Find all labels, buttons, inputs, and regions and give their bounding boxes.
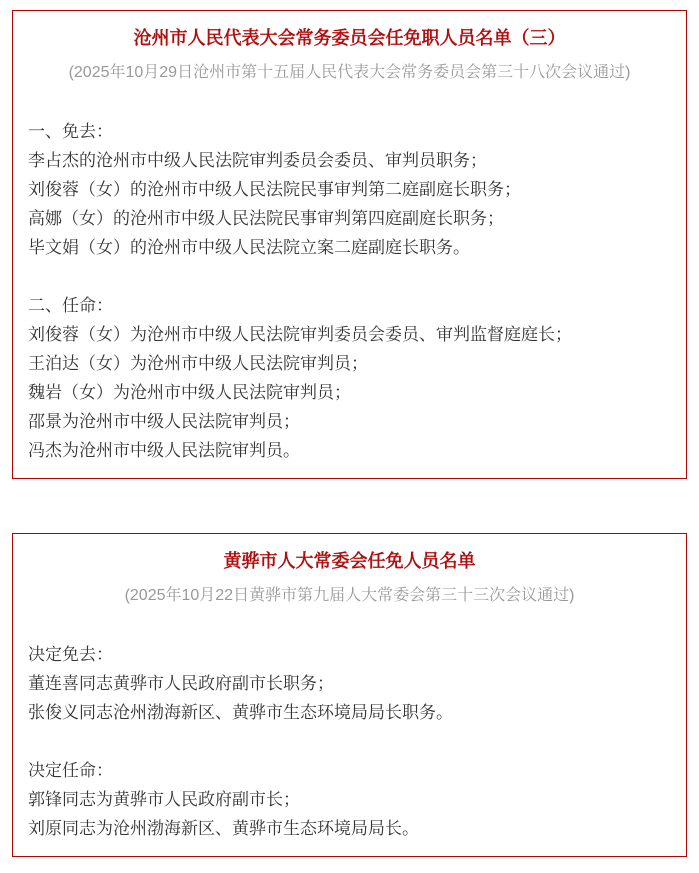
notice-line: 董连喜同志黄骅市人民政府副市长职务； — [28, 669, 671, 698]
notice-line: 刘俊蓉（女）为沧州市中级人民法院审判委员会委员、审判监督庭庭长； — [28, 320, 671, 349]
notice-line: 高娜（女）的沧州市中级人民法院民事审判第四庭副庭长职务； — [28, 204, 671, 233]
section-dismissals: 一、免去： 李占杰的沧州市中级人民法院审判委员会委员、审判员职务； 刘俊蓉（女）… — [28, 117, 671, 262]
section-heading: 决定任命： — [28, 756, 671, 785]
notice-card-cangzhou: 沧州市人民代表大会常务委员会任免职人员名单（三） (2025年10月29日沧州市… — [12, 10, 687, 479]
notice-line: 李占杰的沧州市中级人民法院审判委员会委员、审判员职务； — [28, 146, 671, 175]
notice-card-huanghua: 黄骅市人大常委会任免人员名单 (2025年10月22日黄骅市第九届人大常委会第三… — [12, 533, 687, 857]
section-appointments: 决定任命： 郭锋同志为黄骅市人民政府副市长； 刘原同志为沧州渤海新区、黄骅市生态… — [28, 756, 671, 843]
notice-line: 邵景为沧州市中级人民法院审判员； — [28, 407, 671, 436]
notice-title: 沧州市人民代表大会常务委员会任免职人员名单（三） — [28, 23, 671, 51]
page: 沧州市人民代表大会常务委员会任免职人员名单（三） (2025年10月29日沧州市… — [0, 0, 699, 873]
section-appointments: 二、任命： 刘俊蓉（女）为沧州市中级人民法院审判委员会委员、审判监督庭庭长； 王… — [28, 291, 671, 465]
notice-subtitle: (2025年10月22日黄骅市第九届人大常委会第三十三次会议通过) — [28, 584, 671, 608]
notice-line: 冯杰为沧州市中级人民法院审判员。 — [28, 436, 671, 465]
section-heading: 一、免去： — [28, 117, 671, 146]
section-dismissals: 决定免去： 董连喜同志黄骅市人民政府副市长职务； 张俊义同志沧州渤海新区、黄骅市… — [28, 640, 671, 727]
section-heading: 二、任命： — [28, 291, 671, 320]
notice-body: 一、免去： 李占杰的沧州市中级人民法院审判委员会委员、审判员职务； 刘俊蓉（女）… — [28, 117, 671, 465]
notice-line: 魏岩（女）为沧州市中级人民法院审判员； — [28, 378, 671, 407]
notice-subtitle: (2025年10月29日沧州市第十五届人民代表大会常务委员会第三十八次会议通过) — [28, 61, 671, 85]
notice-line: 郭锋同志为黄骅市人民政府副市长； — [28, 785, 671, 814]
notice-line: 张俊义同志沧州渤海新区、黄骅市生态环境局局长职务。 — [28, 698, 671, 727]
notice-title: 黄骅市人大常委会任免人员名单 — [28, 546, 671, 574]
notice-body: 决定免去： 董连喜同志黄骅市人民政府副市长职务； 张俊义同志沧州渤海新区、黄骅市… — [28, 640, 671, 843]
notice-line: 刘原同志为沧州渤海新区、黄骅市生态环境局局长。 — [28, 814, 671, 843]
notice-line: 王泊达（女）为沧州市中级人民法院审判员； — [28, 349, 671, 378]
section-heading: 决定免去： — [28, 640, 671, 669]
notice-line: 刘俊蓉（女）的沧州市中级人民法院民事审判第二庭副庭长职务； — [28, 175, 671, 204]
notice-line: 毕文娟（女）的沧州市中级人民法院立案二庭副庭长职务。 — [28, 233, 671, 262]
